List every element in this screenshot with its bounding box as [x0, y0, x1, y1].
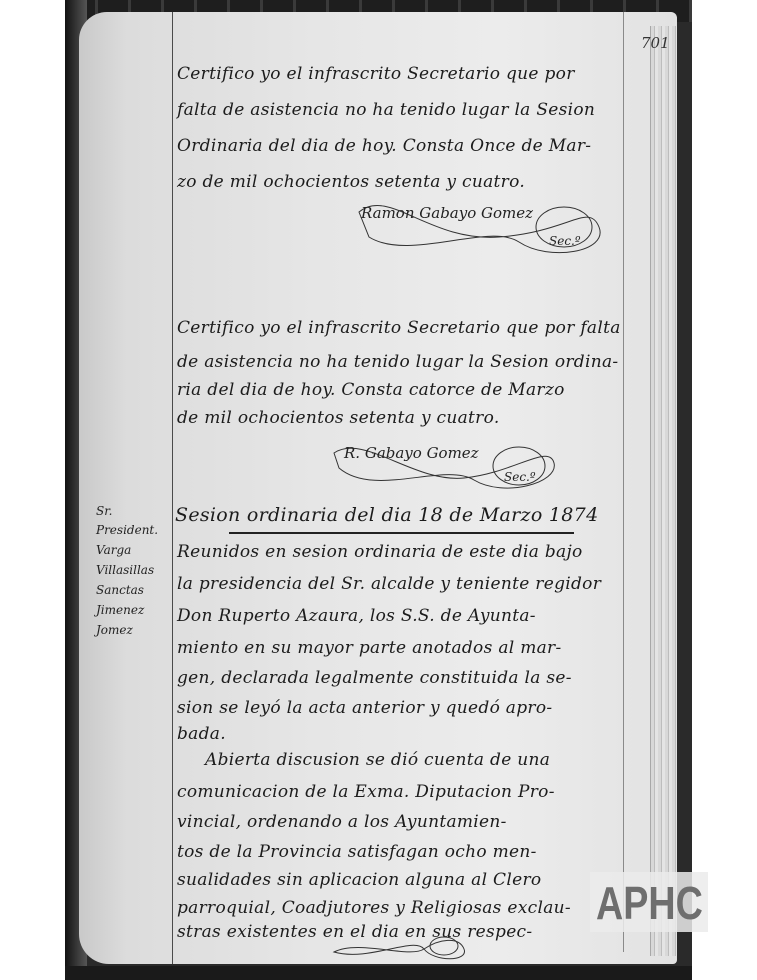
attendee: Sanctas — [96, 581, 176, 601]
session-p2-line-6: parroquial, Coadjutores y Religiosas exc… — [177, 898, 571, 918]
heading-underline — [229, 532, 574, 534]
session-p2-line-5: sualidades sin aplicacion alguna al Cler… — [177, 870, 541, 890]
session-p1-line-6: sion se leyó la acta anterior y quedó ap… — [177, 698, 552, 718]
signature-flourish-icon — [324, 428, 564, 498]
cert1-line-4: zo de mil ochocientos setenta y cuatro. — [177, 172, 525, 192]
session-p1-line-2: la presidencia del Sr. alcalde y tenient… — [177, 574, 601, 594]
cert2-line-4: de mil ochocientos setenta y cuatro. — [177, 408, 500, 428]
cert1-line-2: falta de asistencia no ha tenido lugar l… — [177, 100, 595, 120]
session-p1-line-4: miento en su mayor parte anotados al mar… — [177, 638, 562, 658]
margin-rule-right — [623, 12, 624, 952]
folio-number: 701 — [641, 34, 670, 52]
session-p1-line-7: bada. — [177, 724, 226, 744]
signature-2-name: R. Gabayo Gomez — [344, 444, 479, 462]
page-edges — [650, 26, 677, 956]
flourish-ornament-icon — [329, 934, 479, 964]
session-p2-line-2: comunicacion de la Exma. Diputacion Pro- — [177, 782, 555, 802]
attendee: Varga — [96, 541, 176, 561]
attendee: Villasillas — [96, 561, 176, 581]
session-heading: Sesion ordinaria del dia 18 de Marzo 187… — [175, 504, 598, 526]
attendee: Jimenez — [96, 601, 176, 621]
watermark-text: APHC — [596, 876, 703, 930]
cert1-line-1: Certifico yo el infrascrito Secretario q… — [177, 64, 575, 84]
margin-attendees-list: Sr. President. Varga Villasillas Sanctas… — [96, 502, 176, 641]
attendee: Sr. President. — [96, 502, 176, 541]
cert2-line-2: de asistencia no ha tenido lugar la Sesi… — [177, 352, 618, 372]
session-p1-line-3: Don Ruperto Azaura, los S.S. de Ayunta- — [177, 606, 536, 626]
session-p2-line-3: vincial, ordenando a los Ayuntamien- — [177, 812, 507, 832]
session-p1-line-5: gen, declarada legalmente constituida la… — [177, 668, 572, 688]
book-binding-bottom — [65, 966, 692, 980]
cert1-line-3: Ordinaria del dia de hoy. Consta Once de… — [177, 136, 591, 156]
session-p2-line-4: tos de la Provincia satisfagan ocho men- — [177, 842, 537, 862]
signature-flourish-icon — [349, 192, 609, 262]
signature-1: Ramon Gabayo Gomez Sec.º — [349, 192, 609, 262]
session-p2-line-1: Abierta discusion se dió cuenta de una — [205, 750, 550, 770]
signature-1-title: Sec.º — [549, 234, 581, 248]
cert2-line-1: Certifico yo el infrascrito Secretario q… — [177, 318, 621, 338]
cert2-line-3: ria del dia de hoy. Consta catorce de Ma… — [177, 380, 565, 400]
signature-2: R. Gabayo Gomez Sec.º — [324, 428, 564, 498]
manuscript-scan: 701 Certifico yo el infrascrito Secretar… — [65, 0, 692, 980]
signature-1-name: Ramon Gabayo Gomez — [361, 204, 533, 222]
signature-2-title: Sec.º — [504, 470, 536, 484]
session-p1-line-1: Reunidos en sesion ordinaria de este dia… — [177, 542, 583, 562]
aphc-watermark: APHC — [590, 872, 708, 932]
attendee: Jomez — [96, 621, 176, 641]
margin-rule-left — [172, 12, 173, 964]
manuscript-page: 701 Certifico yo el infrascrito Secretar… — [79, 12, 677, 964]
